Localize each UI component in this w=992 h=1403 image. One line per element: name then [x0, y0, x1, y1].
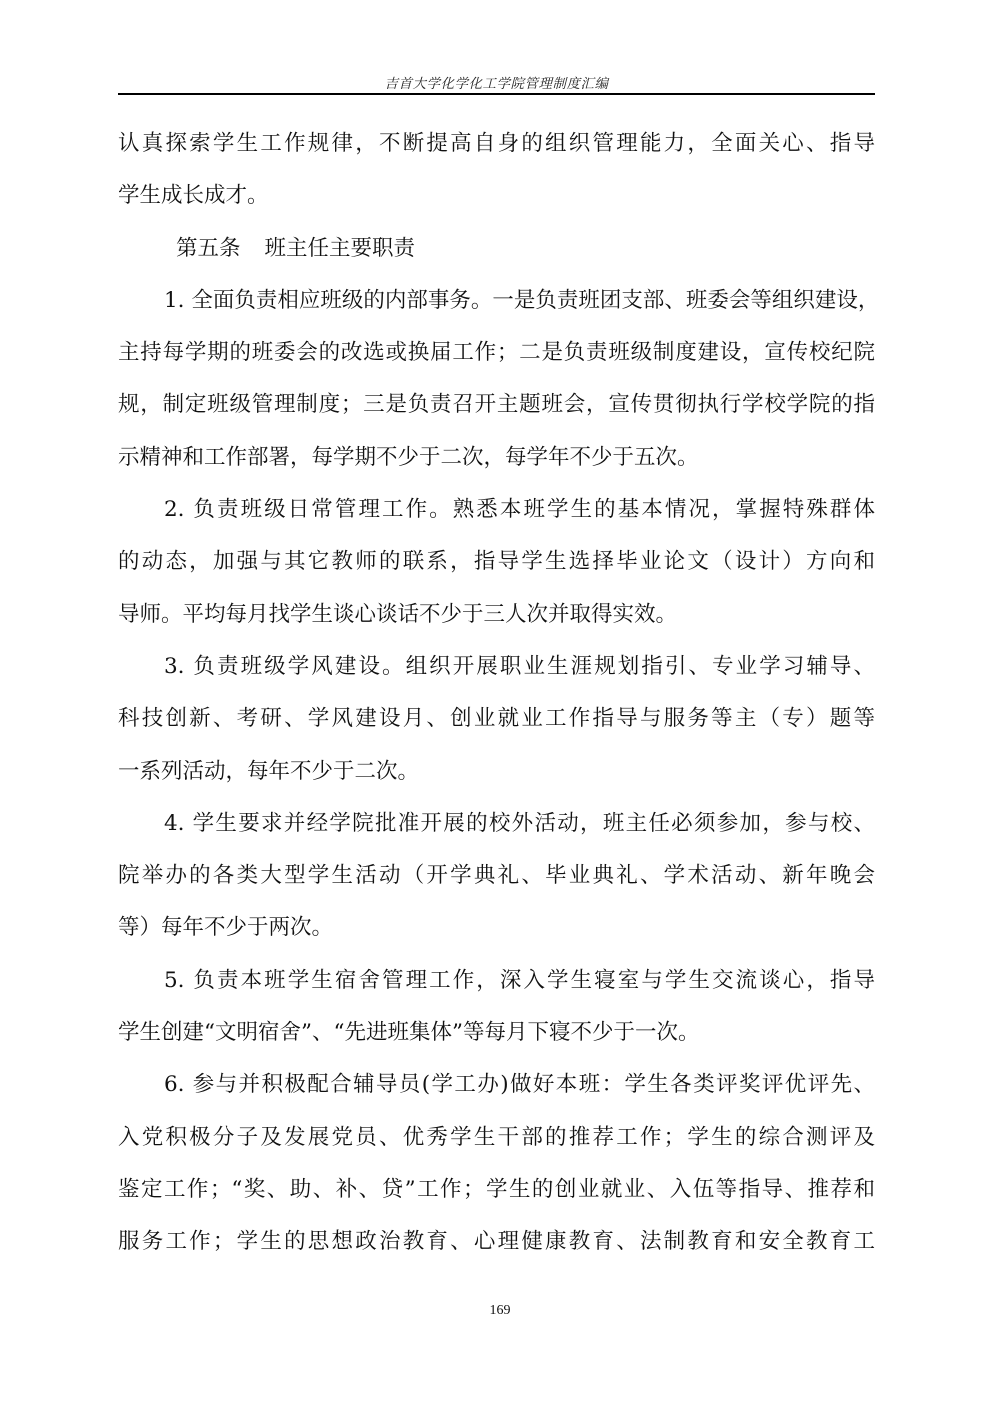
text-line: 科技创新、考研、学风建设月、创业就业工作指导与服务等主（专）题等	[118, 697, 875, 749]
paragraph-start: 2. 负责班级日常管理工作。熟悉本班学生的基本情况，掌握特殊群体	[118, 488, 875, 540]
article-title: 班主任主要职责	[265, 236, 416, 261]
text-line: 等）每年不少于两次。	[118, 906, 875, 958]
text-line: 的动态，加强与其它教师的联系，指导学生选择毕业论文（设计）方向和	[118, 540, 875, 592]
running-header: 吉首大学化学化工学院管理制度汇编	[118, 72, 875, 92]
text-line: 入党积极分子及发展党员、优秀学生干部的推荐工作；学生的综合测评及	[118, 1116, 875, 1168]
paragraph-start: 1. 全面负责相应班级的内部事务。一是负责班团支部、班委会等组织建设，	[118, 279, 875, 331]
text-line: 院举办的各类大型学生活动（开学典礼、毕业典礼、学术活动、新年晚会	[118, 854, 875, 906]
paragraph-start: 3. 负责班级学风建设。组织开展职业生涯规划指引、专业学习辅导、	[118, 645, 875, 697]
text-line: 学生成长成才。	[118, 174, 875, 226]
text-line: 主持每学期的班委会的改选或换届工作；二是负责班级制度建设，宣传校纪院	[118, 331, 875, 383]
article-label: 第五条	[176, 236, 241, 261]
text-line: 规，制定班级管理制度；三是负责召开主题班会，宣传贯彻执行学校学院的指	[118, 383, 875, 435]
paragraph-start: 4. 学生要求并经学院批准开展的校外活动，班主任必须参加，参与校、	[118, 802, 875, 854]
text-line: 一系列活动，每年不少于二次。	[118, 750, 875, 802]
paragraph-start: 5. 负责本班学生宿舍管理工作，深入学生寝室与学生交流谈心，指导	[118, 959, 875, 1011]
paragraph-start: 6. 参与并积极配合辅导员(学工办)做好本班：学生各类评奖评优评先、	[118, 1063, 875, 1115]
text-line: 认真探索学生工作规律，不断提高自身的组织管理能力，全面关心、指导	[118, 122, 875, 174]
text-line: 服务工作；学生的思想政治教育、心理健康教育、法制教育和安全教育工	[118, 1220, 875, 1272]
text-line: 鉴定工作；“奖、助、补、贷”工作；学生的创业就业、入伍等指导、推荐和	[118, 1168, 875, 1220]
text-line: 示精神和工作部署，每学期不少于二次，每学年不少于五次。	[118, 436, 875, 488]
article-heading: 第五条班主任主要职责	[118, 227, 875, 279]
page-number: 169	[440, 1303, 560, 1319]
header-divider	[118, 93, 875, 95]
text-line: 导师。平均每月找学生谈心谈话不少于三人次并取得实效。	[118, 593, 875, 645]
text-line: 学生创建“文明宿舍”、“先进班集体”等每月下寝不少于一次。	[118, 1011, 875, 1063]
document-body: 认真探索学生工作规律，不断提高自身的组织管理能力，全面关心、指导 学生成长成才。…	[118, 122, 875, 1273]
